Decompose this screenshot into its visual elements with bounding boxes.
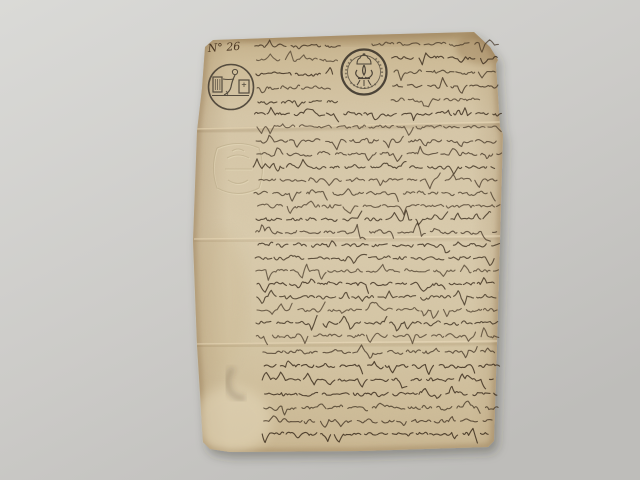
corner-number-label: N° 26 <box>206 40 240 55</box>
manuscript-photo: N° 26 <box>0 0 640 480</box>
manuscript-paper: N° 26 <box>190 27 510 458</box>
